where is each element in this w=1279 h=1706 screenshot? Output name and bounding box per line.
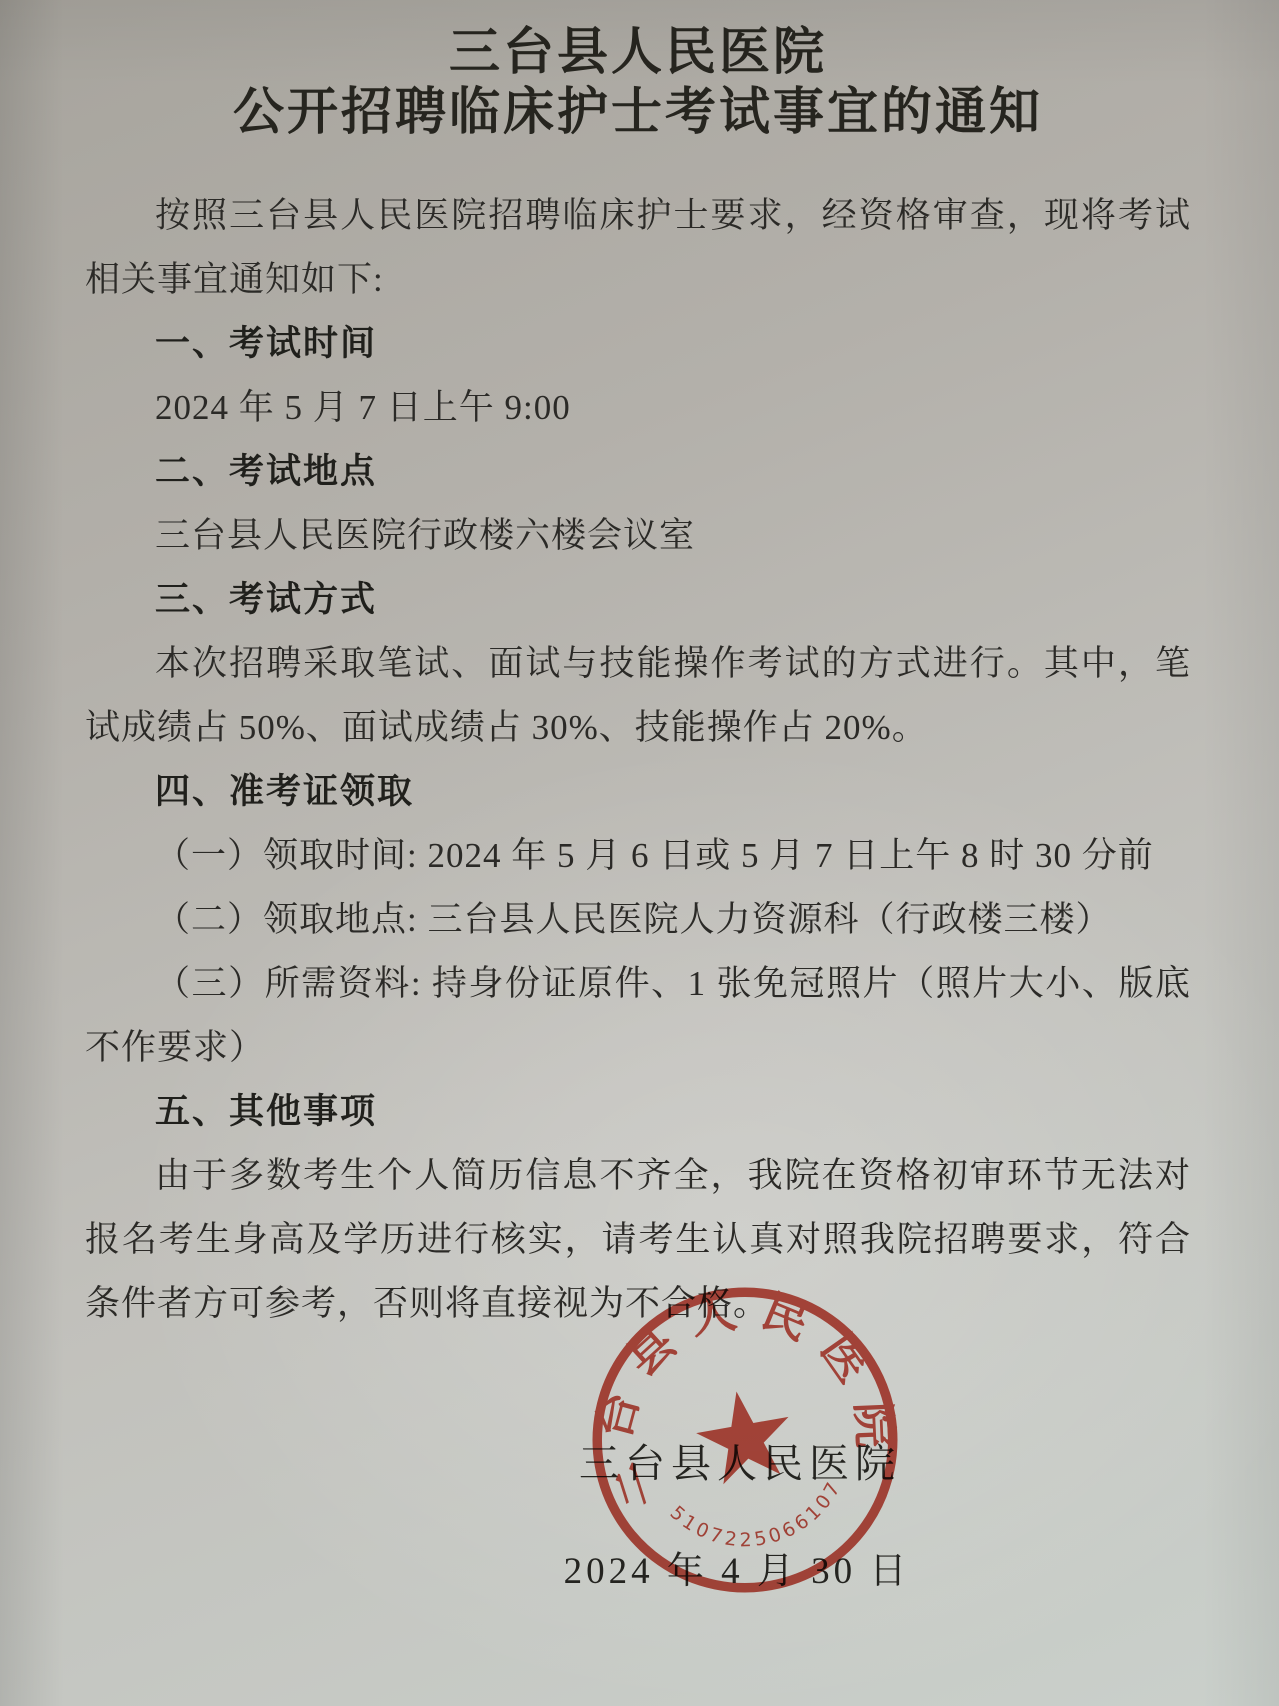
seal-serial-number: 5107225066107 [663, 1473, 854, 1566]
notice-document-page: 三台县人民医院 公开招聘临床护士考试事宜的通知 按照三台县人民医院招聘临床护士要… [0, 0, 1279, 1706]
seal-circular-text: 三台县人民医院 [563, 1260, 909, 1518]
ticket-pickup-time: （一）领取时间: 2024 年 5 月 6 日或 5 月 7 日上午 8 时 3… [85, 824, 1191, 888]
exam-location-text: 三台县人民医院行政楼六楼会议室 [85, 504, 1191, 568]
seal-svg: 三台县人民医院 5107225066107 [558, 1253, 931, 1626]
official-seal-stamp: 三台县人民医院 5107225066107 [558, 1253, 931, 1626]
section-heading-other-matters: 五、其他事项 [85, 1080, 1191, 1144]
exam-method-text: 本次招聘采取笔试、面试与技能操作考试的方式进行。其中，笔试成绩占 50%、面试成… [85, 632, 1191, 760]
star-icon [690, 1383, 798, 1487]
document-title-line2: 公开招聘临床护士考试事宜的通知 [85, 82, 1191, 142]
ticket-required-materials: （三）所需资料: 持身份证原件、1 张免冠照片（照片大小、版底不作要求） [85, 952, 1191, 1080]
exam-time-text: 2024 年 5 月 7 日上午 9:00 [85, 376, 1191, 440]
section-heading-exam-time: 一、考试时间 [85, 312, 1191, 376]
section-heading-exam-location: 二、考试地点 [85, 440, 1191, 504]
intro-paragraph: 按照三台县人民医院招聘临床护士要求，经资格审查，现将考试相关事宜通知如下: [85, 184, 1191, 312]
document-body: 按照三台县人民医院招聘临床护士要求，经资格审查，现将考试相关事宜通知如下: 一、… [85, 184, 1191, 1336]
section-heading-admission-ticket: 四、准考证领取 [85, 760, 1191, 824]
section-heading-exam-method: 三、考试方式 [85, 568, 1191, 632]
ticket-pickup-location: （二）领取地点: 三台县人民医院人力资源科（行政楼三楼） [85, 888, 1191, 952]
document-title-line1: 三台县人民医院 [85, 22, 1191, 82]
